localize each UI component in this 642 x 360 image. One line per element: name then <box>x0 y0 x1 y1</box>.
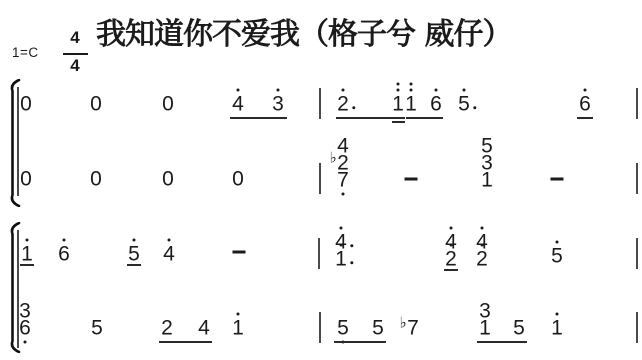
flat-sign: ♭ <box>329 151 336 166</box>
note-digit: 2 <box>476 249 488 270</box>
octave-dot-above <box>340 227 343 230</box>
beam-underline <box>159 341 212 343</box>
note-digit: 1 <box>405 94 417 115</box>
octave-dot-above <box>556 313 559 316</box>
augmentation-dot <box>350 261 353 264</box>
octave-dot-above <box>277 89 280 92</box>
note-digit: 1 <box>21 244 33 265</box>
note-digit: 2 <box>337 94 349 115</box>
note-digit: 5 <box>513 318 525 339</box>
octave-dot-above <box>435 89 438 92</box>
note-digit: 1 <box>479 318 491 339</box>
octave-dot-above <box>340 244 343 247</box>
dash-extension <box>551 178 564 181</box>
octave-dot-above <box>133 239 136 242</box>
beam-underline <box>230 117 287 119</box>
octave-dot-above <box>168 239 171 242</box>
barline <box>319 163 321 194</box>
note-digit: 2 <box>445 249 457 270</box>
barline <box>636 238 638 269</box>
beam-underline <box>392 121 405 123</box>
note-digit: 0 <box>90 94 102 115</box>
barline <box>636 88 638 119</box>
note-digit: 3 <box>272 94 284 115</box>
augmentation-dot <box>350 244 353 247</box>
note-digit: 7 <box>407 318 419 339</box>
note-digit: 4 <box>232 94 244 115</box>
barline <box>319 312 321 343</box>
note-digit: 2 <box>161 318 173 339</box>
note-digit: 0 <box>90 169 102 190</box>
octave-dot-above <box>450 227 453 230</box>
octave-dot-above <box>397 83 400 86</box>
flat-sign: ♭ <box>399 316 406 331</box>
time-signature-fraction-bar <box>63 53 88 55</box>
note-digit: 1 <box>481 170 493 191</box>
beam-underline <box>477 341 527 343</box>
note-digit: 5 <box>128 244 140 265</box>
octave-dot-above <box>481 227 484 230</box>
sheet-music-page: 1=C 4 4 我知道你不爱我（格子兮 威仔） 0004321165600004… <box>0 0 642 360</box>
octave-dot-above <box>410 83 413 86</box>
augmentation-dot <box>473 106 476 109</box>
beam-underline <box>127 264 141 266</box>
song-title: 我知道你不爱我（格子兮 威仔） <box>96 17 511 53</box>
beam-underline <box>406 117 443 119</box>
time-signature-numerator: 4 <box>60 29 90 46</box>
octave-dot-above <box>237 313 240 316</box>
barline <box>318 238 320 269</box>
key-signature: 1=C <box>12 45 39 60</box>
barline <box>636 312 638 343</box>
note-digit: 1 <box>392 94 404 115</box>
note-digit: 5 <box>337 318 349 339</box>
dash-extension <box>233 251 246 254</box>
octave-dot-above <box>481 244 484 247</box>
barline <box>636 163 638 194</box>
beam-underline <box>336 117 405 119</box>
dash-extension <box>405 178 418 181</box>
octave-dot-above <box>63 239 66 242</box>
octave-dot-below <box>24 341 27 344</box>
note-digit: 4 <box>198 318 210 339</box>
note-digit: 5 <box>458 94 470 115</box>
note-digit: 0 <box>20 94 32 115</box>
octave-dot-above <box>450 244 453 247</box>
octave-dot-below <box>342 193 345 196</box>
augmentation-dot <box>352 106 355 109</box>
beam-underline <box>334 341 386 343</box>
octave-dot-above <box>463 89 466 92</box>
note-digit: 5 <box>91 318 103 339</box>
octave-dot-above <box>397 89 400 92</box>
note-digit: 5 <box>551 246 563 267</box>
system-brace <box>5 79 21 207</box>
beam-underline <box>20 264 34 266</box>
note-digit: 6 <box>430 94 442 115</box>
beam-underline <box>444 269 458 271</box>
note-digit: 0 <box>20 169 32 190</box>
note-digit: 1 <box>232 318 244 339</box>
note-digit: 0 <box>162 169 174 190</box>
note-digit: 1 <box>335 249 347 270</box>
octave-dot-above <box>556 241 559 244</box>
octave-dot-above <box>342 89 345 92</box>
beam-underline <box>577 117 593 119</box>
note-digit: 6 <box>58 244 70 265</box>
octave-dot-above <box>584 89 587 92</box>
note-digit: 7 <box>337 170 349 191</box>
note-digit: 0 <box>232 169 244 190</box>
note-digit: 0 <box>162 94 174 115</box>
octave-dot-above <box>26 239 29 242</box>
barline <box>319 88 321 119</box>
time-signature-denominator: 4 <box>60 57 90 74</box>
system-brace <box>5 222 21 353</box>
note-digit: 5 <box>372 318 384 339</box>
note-digit: 4 <box>163 244 175 265</box>
octave-dot-above <box>410 89 413 92</box>
octave-dot-above <box>237 89 240 92</box>
note-digit: 6 <box>579 94 591 115</box>
note-digit: 1 <box>551 318 563 339</box>
